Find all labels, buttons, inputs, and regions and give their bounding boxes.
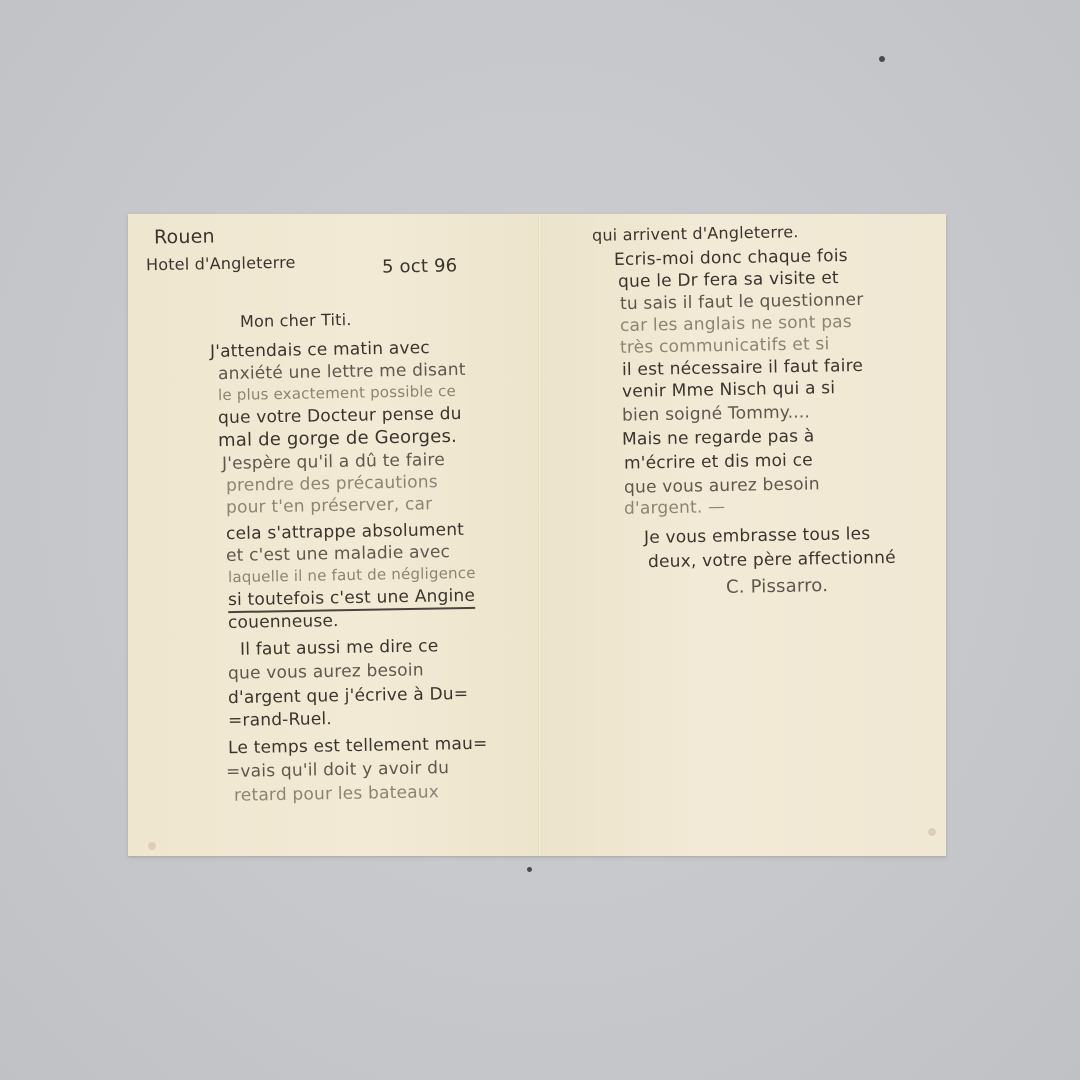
line: pour t'en préserver, car [226, 494, 433, 518]
signature: C. Pissarro. [726, 575, 829, 598]
line: que vous aurez besoin [228, 660, 424, 683]
paper-mark [148, 842, 156, 850]
line: J'attendais ce matin avec [210, 338, 430, 362]
paper-mark [928, 828, 936, 836]
line: il est nécessaire il faut faire [622, 356, 863, 380]
line: laquelle il ne faut de négligence [228, 564, 476, 586]
line: cela s'attrappe absolument [226, 520, 464, 544]
place: Rouen [154, 225, 215, 248]
closing-line: Je vous embrasse tous les [644, 524, 871, 548]
line: d'argent que j'écrive à Du= [228, 684, 469, 708]
line: couenneuse. [228, 611, 339, 633]
line: que le Dr fera sa visite et [618, 268, 839, 292]
left-page: Rouen Hotel d'Angleterre 5 oct 96 Mon ch… [128, 214, 540, 856]
line: =vais qu'il doit y avoir du [226, 758, 450, 782]
date: 5 oct 96 [382, 255, 458, 277]
line: que votre Docteur pense du [218, 404, 462, 428]
dust-speck [879, 56, 885, 62]
line: d'argent. — [624, 497, 726, 519]
line: si toutefois c'est une Angine [228, 586, 475, 610]
line: J'espère qu'il a dû te faire [222, 450, 445, 474]
line: que vous aurez besoin [624, 474, 820, 497]
line: et c'est une maladie avec [226, 542, 450, 566]
line: Ecris-moi donc chaque fois [614, 246, 848, 270]
line: bien soigné Tommy.... [622, 402, 810, 425]
dust-speck [527, 867, 532, 872]
line: tu sais il faut le questionner [620, 290, 864, 314]
line: Mais ne regarde pas à [622, 426, 815, 449]
line: retard pour les bateaux [234, 782, 439, 806]
line: prendre des précautions [226, 472, 438, 496]
line: m'écrire et dis moi ce [624, 450, 813, 473]
line: anxiété une lettre me disant [218, 360, 466, 384]
line: Il faut aussi me dire ce [240, 636, 439, 659]
line: mal de gorge de Georges. [218, 426, 457, 451]
line: Le temps est tellement mau= [228, 734, 488, 759]
right-page: qui arrivent d'Angleterre. Ecris-moi don… [540, 214, 946, 856]
line: venir Mme Nisch qui a si [622, 378, 836, 402]
line: le plus exactement possible ce [218, 382, 456, 404]
line: très communicatifs et si [620, 334, 830, 358]
line: car les anglais ne sont pas [620, 312, 852, 336]
closing-line: deux, votre père affectionné [648, 548, 896, 572]
letter-sheet: Rouen Hotel d'Angleterre 5 oct 96 Mon ch… [128, 214, 946, 856]
line: =rand-Ruel. [228, 709, 332, 731]
salutation: Mon cher Titi. [240, 310, 352, 331]
line: qui arrivent d'Angleterre. [592, 222, 799, 245]
hotel: Hotel d'Angleterre [146, 253, 296, 275]
